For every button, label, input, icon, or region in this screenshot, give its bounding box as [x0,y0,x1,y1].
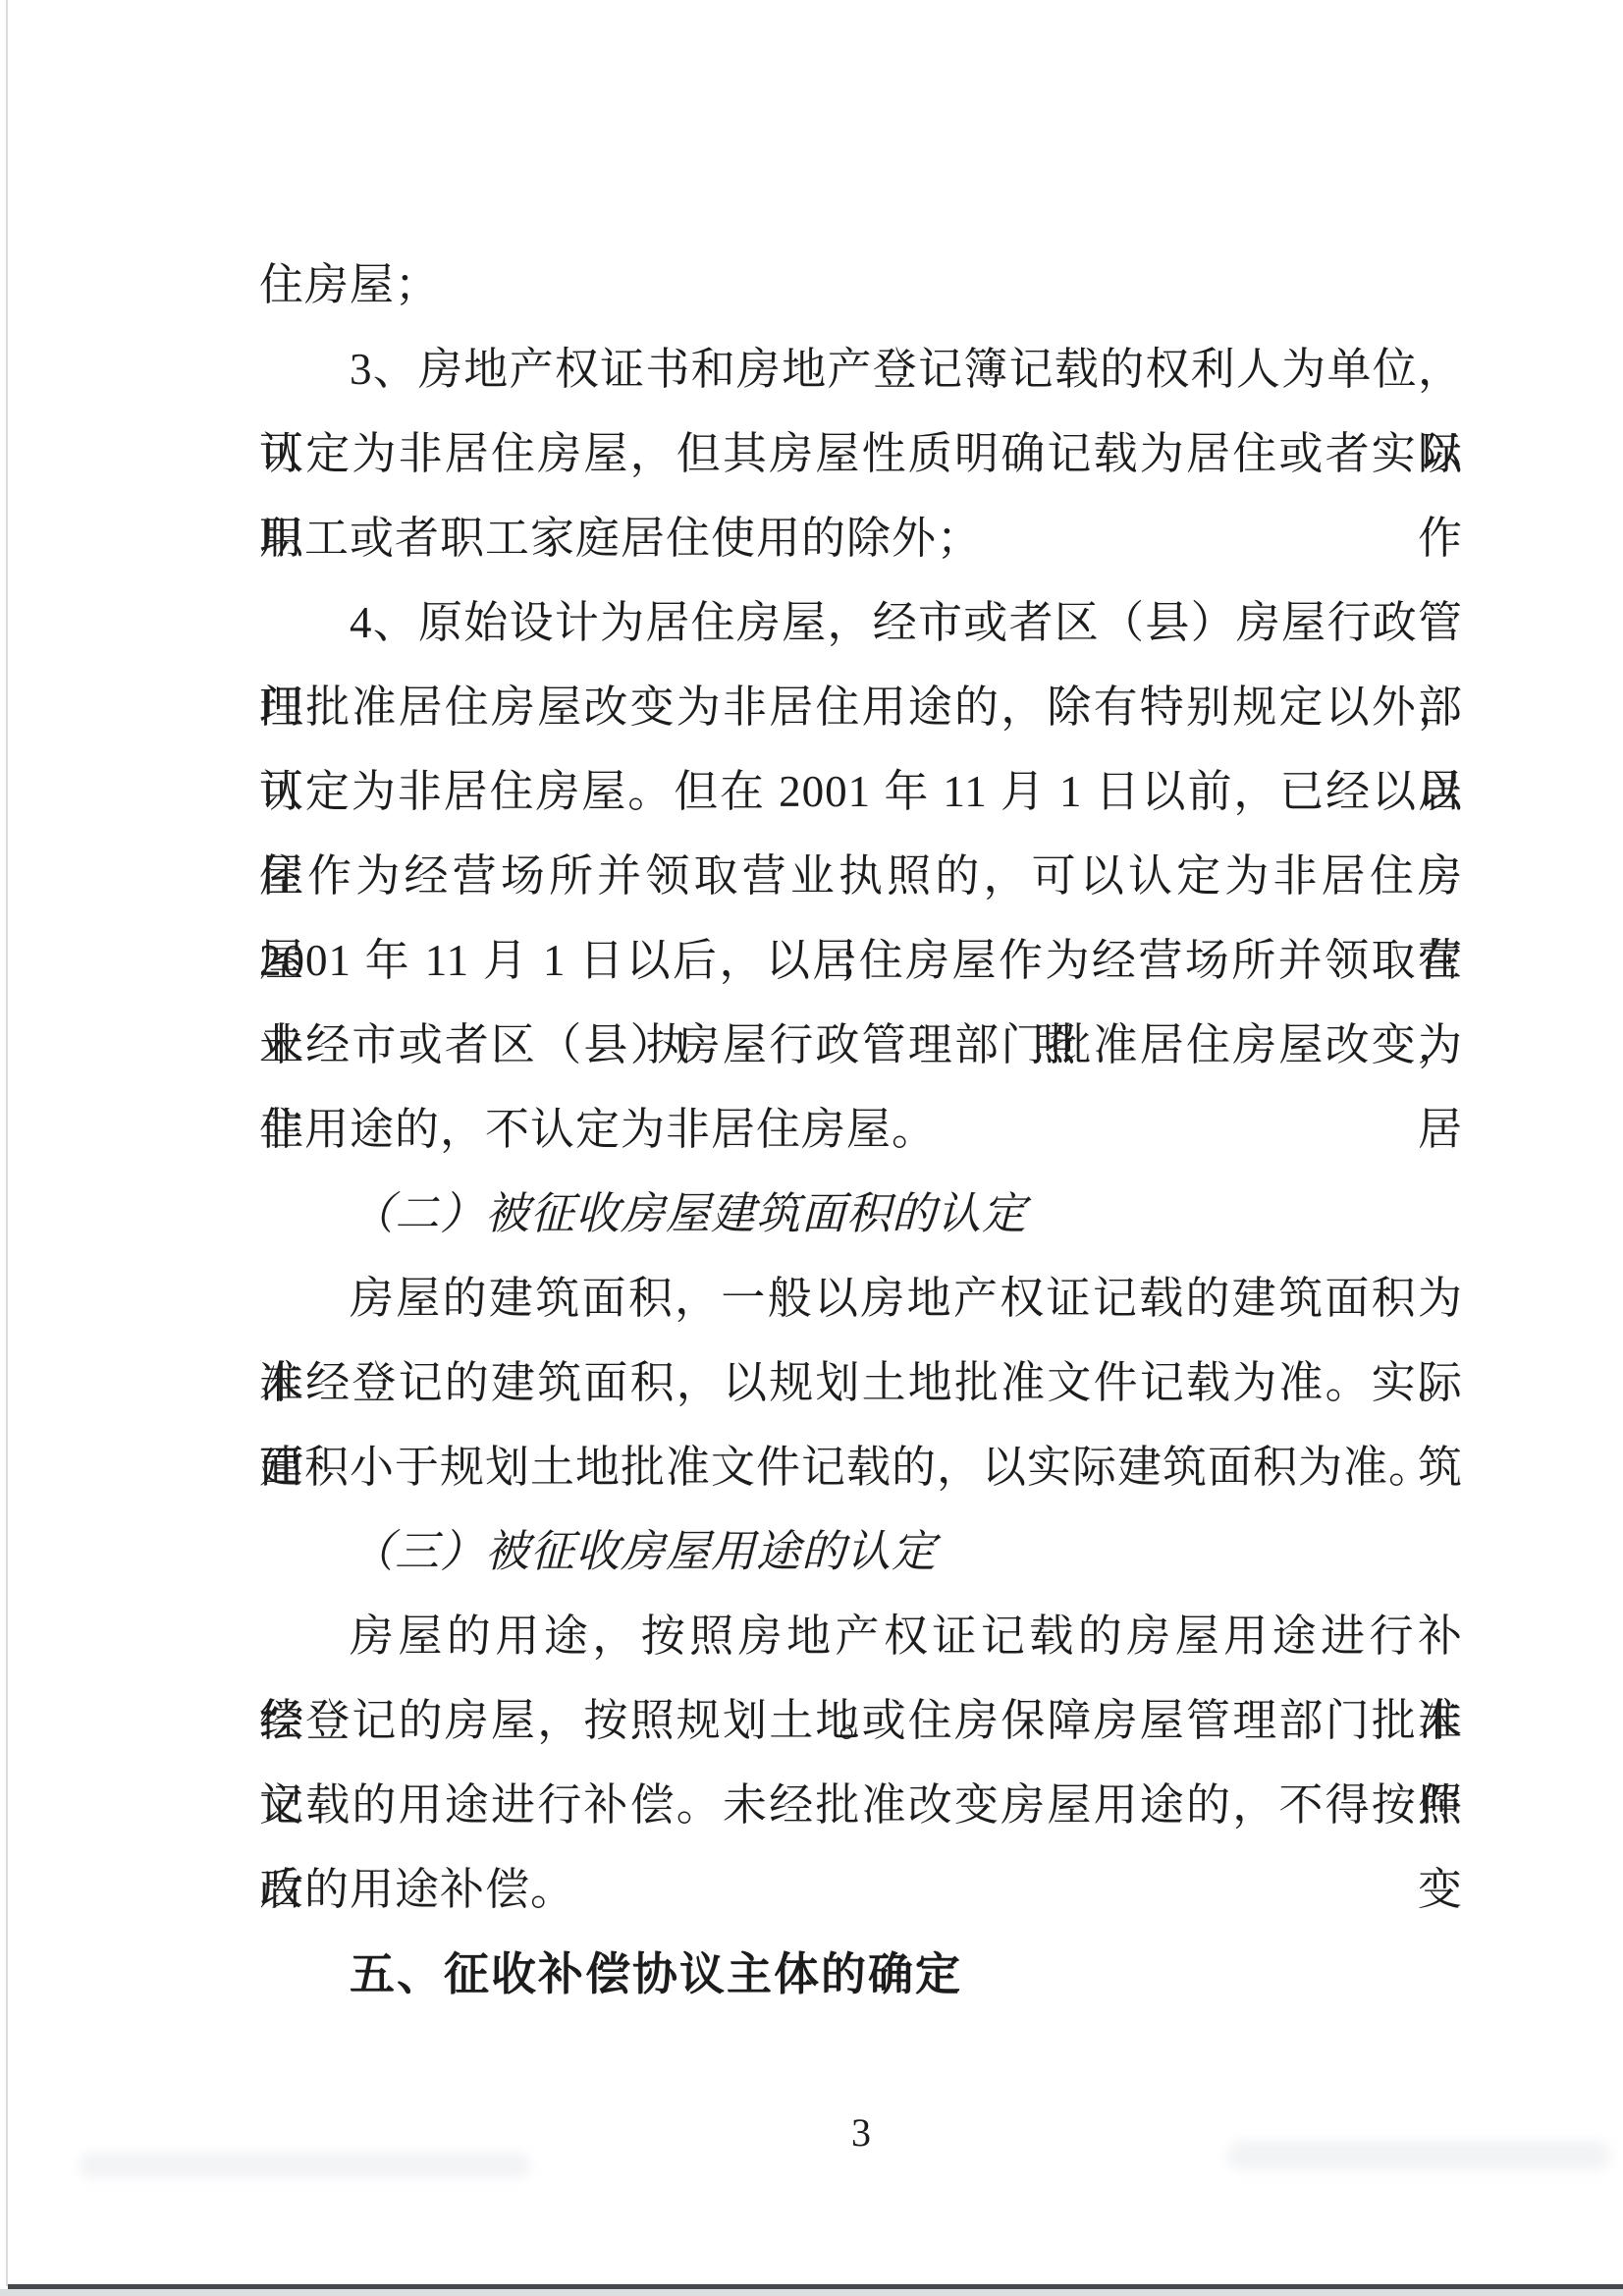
scanned-document-page: 住房屋； 3、房地产权证书和房地产登记簿记载的权利人为单位，可以 认定为非居住房… [0,0,1623,2296]
subsection-heading-ii: （二）被征收房屋建筑面积的认定 [259,1172,1463,1256]
scan-edge-left-line [6,0,8,2286]
text-line: 经登记的房屋，按照规划土地或住房保障房屋管理部门批准文件 [259,1678,1463,1763]
text-line: 2001 年 11 月 1 日以后，以居住房屋作为经营场所并领取营业执照， [259,918,1463,1003]
subsection-heading-iii: （三）被征收房屋用途的认定 [259,1509,1463,1594]
text-line: 门批准居住房屋改变为非居住用途的，除有特别规定以外，可以 [259,665,1463,749]
text-line: 未经市或者区（县）房屋行政管理部门批准居住房屋改变为非居 [259,1003,1463,1087]
paragraph-3-start: 3、房地产权证书和房地产登记簿记载的权利人为单位，可以 [259,327,1463,411]
text-line: 住房屋； [259,243,1463,327]
paragraph-start: 房屋的建筑面积，一般以房地产权证记载的建筑面积为准。 [259,1256,1463,1340]
section-heading-v: 五、征收补偿协议主体的确定 [259,1932,1463,2016]
text-line: 记载的用途进行补偿。未经批准改变房屋用途的，不得按照改变 [259,1763,1463,1847]
paragraph-start: 房屋的用途，按照房地产权证记载的房屋用途进行补偿。未 [259,1594,1463,1678]
text-line: 未经登记的建筑面积，以规划土地批准文件记载为准。实际建筑 [259,1340,1463,1425]
scan-edge-bottom-shadow [0,2289,1623,2296]
text-line: 认定为非居住房屋。但在 2001 年 11 月 1 日以前，已经以居住房 [259,749,1463,834]
bleed-through-artifact [79,2153,530,2178]
bleed-through-artifact [1227,2141,1610,2170]
text-line: 屋作为经营场所并领取营业执照的，可以认定为非居住房屋；在 [259,834,1463,918]
paragraph-4-start: 4、原始设计为居住房屋，经市或者区（县）房屋行政管理部 [259,580,1463,665]
text-line: 认定为非居住房屋，但其房屋性质明确记载为居住或者实际用作 [259,411,1463,496]
text-line: 面积小于规划土地批准文件记载的，以实际建筑面积为准。 [259,1425,1463,1509]
document-body: 住房屋； 3、房地产权证书和房地产登记簿记载的权利人为单位，可以 认定为非居住房… [259,243,1463,2016]
